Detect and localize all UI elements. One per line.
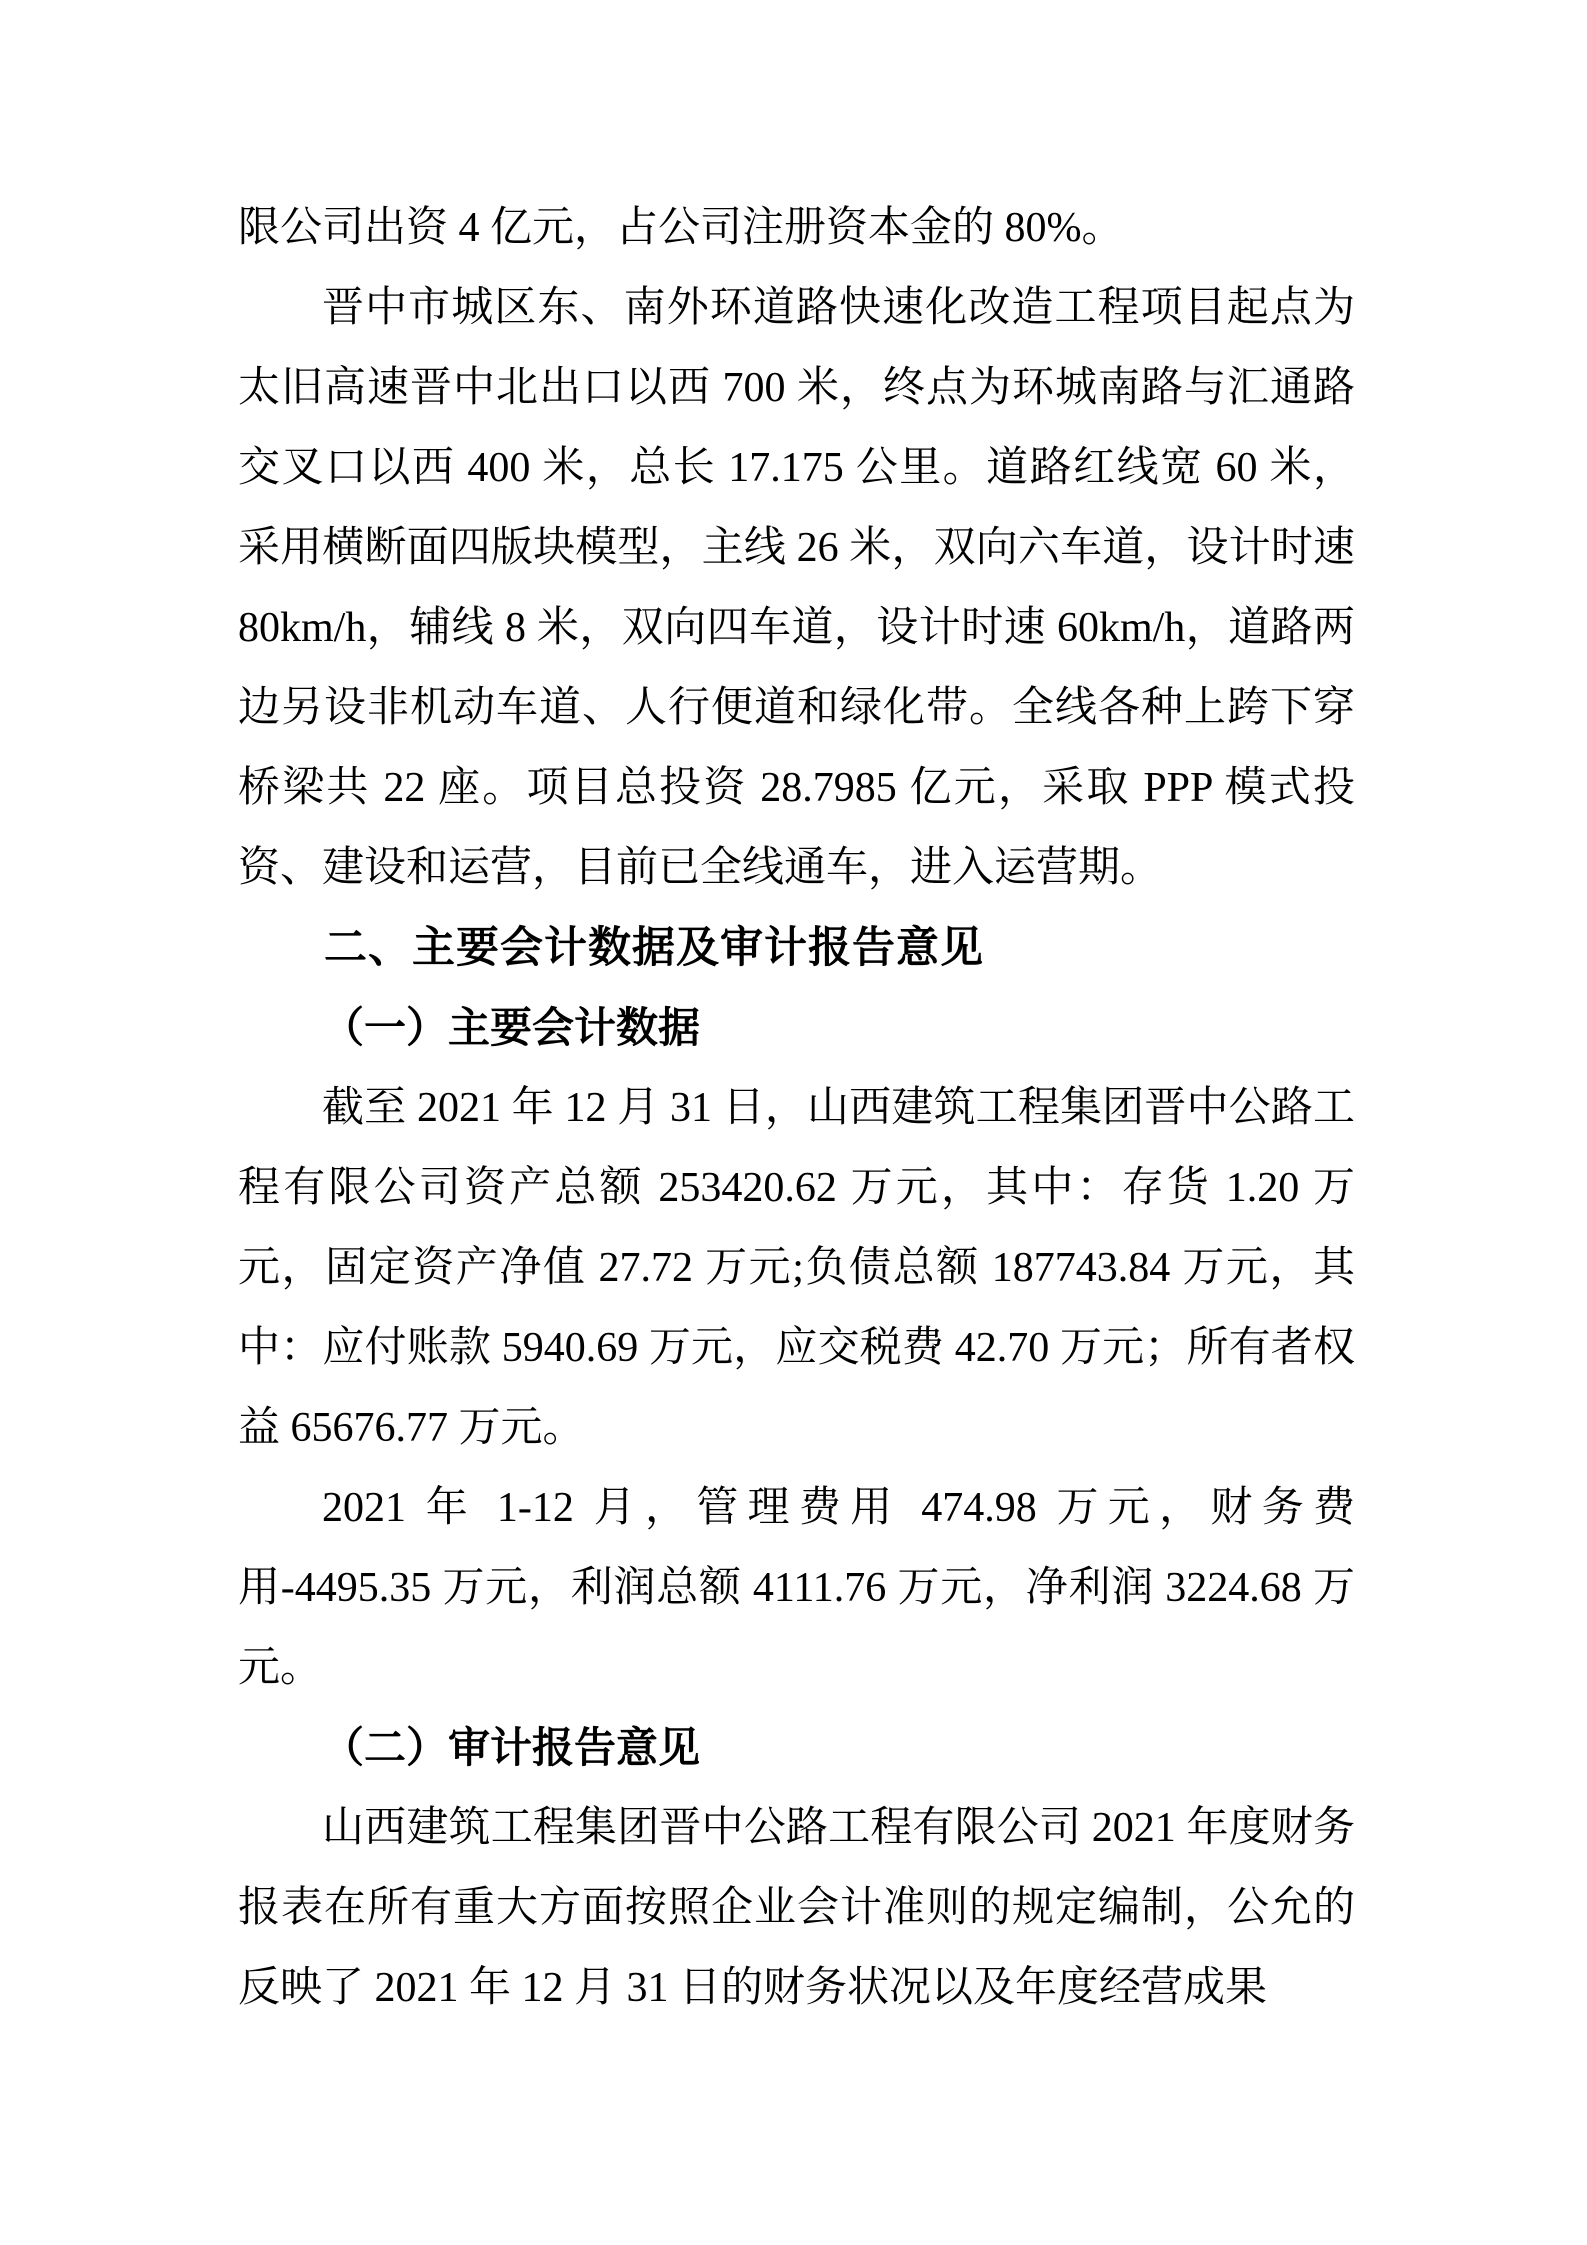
paragraph-balance-sheet-figures: 截至 2021 年 12 月 31 日，山西建筑工程集团晋中公路工程有限公司资产…	[238, 1068, 1355, 1468]
paragraph-audit-opinion: 山西建筑工程集团晋中公路工程有限公司 2021 年度财务报表在所有重大方面按照企…	[238, 1788, 1355, 2028]
section-heading-accounting-and-audit: 二、主要会计数据及审计报告意见	[238, 908, 1355, 988]
paragraph-project-description: 晋中市城区东、南外环道路快速化改造工程项目起点为太旧高速晋中北出口以西 700 …	[238, 268, 1355, 908]
document-page: 限公司出资 4 亿元，占公司注册资本金的 80%。 晋中市城区东、南外环道路快速…	[0, 0, 1587, 2245]
subheading-main-accounting-data: （一）主要会计数据	[238, 988, 1355, 1068]
paragraph-capital-contribution-continuation: 限公司出资 4 亿元，占公司注册资本金的 80%。	[238, 188, 1355, 268]
paragraph-income-statement-figures: 2021 年 1-12 月，管理费用 474.98 万元，财务费用-4495.3…	[238, 1468, 1355, 1708]
subheading-audit-report-opinion: （二）审计报告意见	[238, 1708, 1355, 1788]
